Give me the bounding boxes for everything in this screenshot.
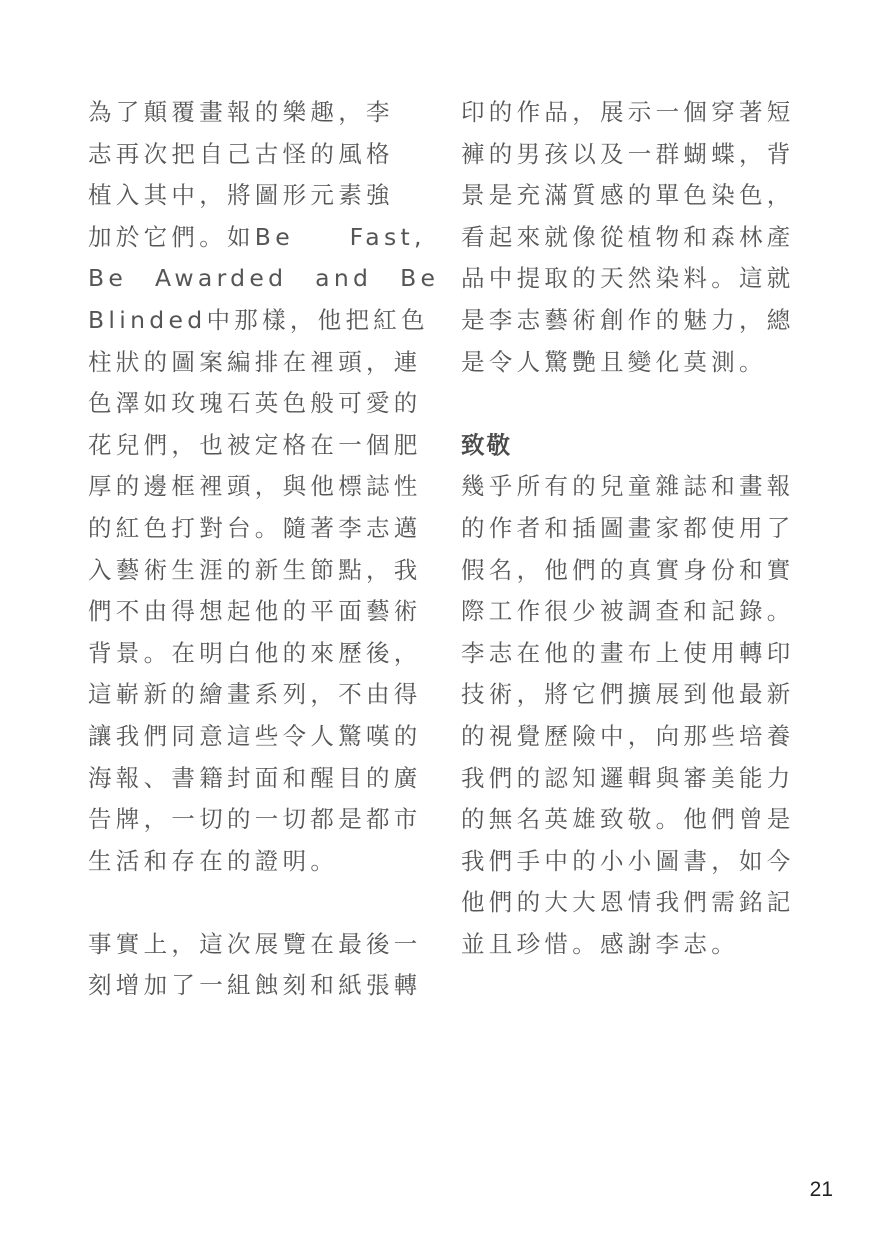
- text-line: 們不由得想起他的平面藝術: [88, 591, 414, 633]
- text-line: 看起來就像從植物和森林產: [461, 217, 787, 259]
- text-line: 技術，將它們擴展到他最新: [461, 674, 787, 716]
- text-line: 的視覺歷險中，向那些培養: [461, 716, 787, 758]
- left-column: 為了顛覆畫報的樂趣，李 志再次把自己古怪的風格 植入其中，將圖形元素強 加於它們…: [88, 92, 414, 1007]
- text-line: 品中提取的天然染料。這就: [461, 258, 787, 300]
- text-line: 海報、書籍封面和醒目的廣: [88, 758, 414, 800]
- paragraph-spacer: [461, 383, 787, 425]
- text-line: 是李志藝術創作的魅力，總: [461, 300, 787, 342]
- text-line: 生活和存在的證明。: [88, 841, 414, 883]
- text-line: 並且珍惜。感謝李志。: [461, 924, 787, 966]
- text-line: 景是充滿質感的單色染色，: [461, 175, 787, 217]
- text-line: 入藝術生涯的新生節點，我: [88, 550, 414, 592]
- body-paragraph-tribute: 幾乎所有的兒童雜誌和畫報 的作者和插圖畫家都使用了 假名，他們的真實身份和實 際…: [461, 466, 787, 965]
- text-line: 為了顛覆畫報的樂趣，李: [88, 92, 414, 134]
- text-line: 柱狀的圖案編排在裡頭，連: [88, 342, 414, 384]
- text-line: Blinded中那樣，他把紅色: [88, 300, 414, 342]
- section-heading: 致敬: [461, 425, 787, 467]
- text-line: 褲的男孩以及一群蝴蝶，背: [461, 134, 787, 176]
- right-column: 印的作品，展示一個穿著短 褲的男孩以及一群蝴蝶，背 景是充滿質感的單色染色， 看…: [461, 92, 787, 965]
- text-line: 刻增加了一組蝕刻和紙張轉: [88, 965, 414, 1007]
- text-line: 厚的邊框裡頭，與他標誌性: [88, 466, 414, 508]
- paragraph-spacer: [88, 882, 414, 924]
- text-line: 際工作很少被調查和記錄。: [461, 591, 787, 633]
- text-line: 事實上，這次展覽在最後一: [88, 924, 414, 966]
- text-line: 是令人驚艷且變化莫測。: [461, 342, 787, 384]
- text-line: 李志在他的畫布上使用轉印: [461, 633, 787, 675]
- text-line: 的無名英雄致敬。他們曾是: [461, 799, 787, 841]
- text-line: 讓我們同意這些令人驚嘆的: [88, 716, 414, 758]
- text-line: 幾乎所有的兒童雜誌和畫報: [461, 466, 787, 508]
- text-line: 的作者和插圖畫家都使用了: [461, 508, 787, 550]
- page-number: 21: [810, 1178, 833, 1202]
- body-paragraph-continued: 印的作品，展示一個穿著短 褲的男孩以及一群蝴蝶，背 景是充滿質感的單色染色， 看…: [461, 92, 787, 383]
- text-line: 假名，他們的真實身份和實: [461, 550, 787, 592]
- text-line: 背景。在明白他的來歷後，: [88, 633, 414, 675]
- text-line: 花兒們，也被定格在一個肥: [88, 425, 414, 467]
- body-paragraph-2: 事實上，這次展覽在最後一 刻增加了一組蝕刻和紙張轉: [88, 924, 414, 1007]
- body-paragraph-1: 為了顛覆畫報的樂趣，李 志再次把自己古怪的風格 植入其中，將圖形元素強 加於它們…: [88, 92, 414, 882]
- text-line: 加於它們。如Be Fast,: [88, 217, 414, 259]
- text-line: 我們的認知邏輯與審美能力: [461, 758, 787, 800]
- text-line: 這嶄新的繪畫系列，不由得: [88, 674, 414, 716]
- text-line: 印的作品，展示一個穿著短: [461, 92, 787, 134]
- text-line: 植入其中，將圖形元素強: [88, 175, 414, 217]
- text-line: 色澤如玫瑰石英色般可愛的: [88, 383, 414, 425]
- text-line: 告牌，一切的一切都是都市: [88, 799, 414, 841]
- text-line: 我們手中的小小圖書，如今: [461, 841, 787, 883]
- text-line: 他們的大大恩情我們需銘記: [461, 882, 787, 924]
- text-line: Be Awarded and Be: [88, 258, 414, 300]
- text-line: 的紅色打對台。隨著李志邁: [88, 508, 414, 550]
- text-line: 志再次把自己古怪的風格: [88, 134, 414, 176]
